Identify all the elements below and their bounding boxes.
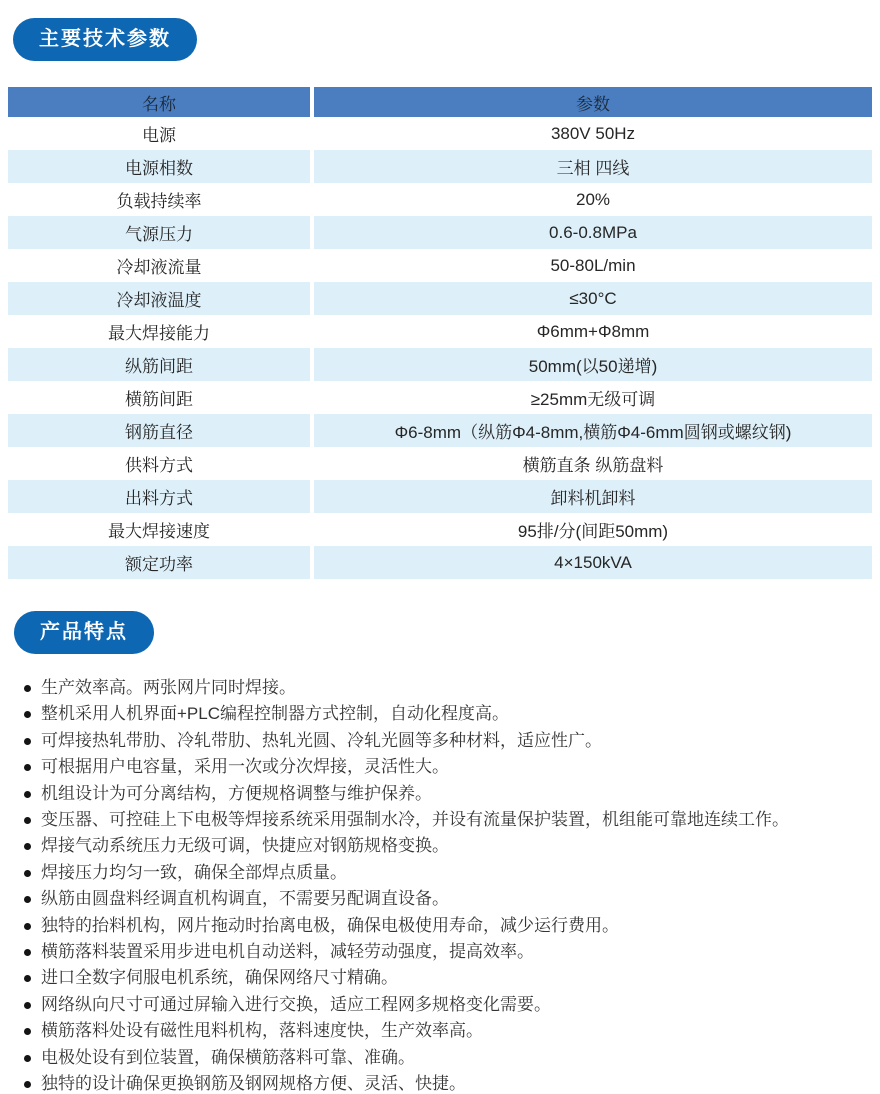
features-section-header: 产品特点 (14, 611, 880, 654)
feature-item: 整机采用人机界面+PLC编程控制器方式控制，自动化程度高。 (24, 701, 880, 727)
bullet-icon (24, 1028, 31, 1035)
feature-item: 独特的设计确保更换钢筋及钢网规格方便、灵活、快捷。 (24, 1071, 880, 1094)
param-value-cell: 50mm(以50递增) (314, 348, 872, 381)
table-row: 出料方式 卸料机卸料 (8, 480, 872, 513)
bullet-icon (24, 817, 31, 824)
param-value-cell: 4×150kVA (314, 546, 872, 579)
param-name-cell: 纵筋间距 (8, 348, 314, 381)
table-row: 气源压力 0.6-0.8MPa (8, 216, 872, 249)
bullet-icon (24, 764, 31, 771)
param-name-cell: 最大焊接能力 (8, 315, 314, 348)
feature-item: 进口全数字伺服电机系统，确保网络尺寸精确。 (24, 965, 880, 991)
table-row: 负载持续率 20% (8, 183, 872, 216)
feature-text: 进口全数字伺服电机系统，确保网络尺寸精确。 (41, 968, 398, 987)
feature-item: 焊接气动系统压力无级可调，快捷应对钢筋规格变换。 (24, 833, 880, 859)
feature-text: 独特的抬料机构，网片拖动时抬离电极，确保电极使用寿命，减少运行费用。 (41, 916, 619, 935)
feature-item: 机组设计为可分离结构，方便规格调整与维护保养。 (24, 781, 880, 807)
bullet-icon (24, 791, 31, 798)
param-value-cell: Φ6-8mm（纵筋Φ4-8mm,横筋Φ4-6mm圆钢或螺纹钢) (314, 414, 872, 447)
feature-item: 独特的抬料机构，网片拖动时抬离电极，确保电极使用寿命，减少运行费用。 (24, 913, 880, 939)
table-row: 钢筋直径 Φ6-8mm（纵筋Φ4-8mm,横筋Φ4-6mm圆钢或螺纹钢) (8, 414, 872, 447)
param-value-cell: 横筋直条 纵筋盘料 (314, 447, 872, 480)
table-row: 冷却液流量 50-80L/min (8, 249, 872, 282)
feature-text: 独特的设计确保更换钢筋及钢网规格方便、灵活、快捷。 (41, 1074, 466, 1093)
param-name-cell: 额定功率 (8, 546, 314, 579)
feature-text: 变压器、可控硅上下电极等焊接系统采用强制水冷，并设有流量保护装置，机组能可靠地连… (41, 810, 789, 829)
table-header-row: 名称 参数 (8, 87, 872, 117)
param-name-cell: 气源压力 (8, 216, 314, 249)
param-name-cell: 冷却液流量 (8, 249, 314, 282)
param-value-cell: 0.6-0.8MPa (314, 216, 872, 249)
param-name-cell: 电源相数 (8, 150, 314, 183)
tech-params-badge: 主要技术参数 (13, 18, 197, 61)
param-value-cell: 20% (314, 183, 872, 216)
bullet-icon (24, 923, 31, 930)
param-name-cell: 最大焊接速度 (8, 513, 314, 546)
bullet-icon (24, 1055, 31, 1062)
feature-item: 电极处设有到位装置，确保横筋落料可靠、准确。 (24, 1045, 880, 1071)
feature-item: 焊接压力均匀一致，确保全部焊点质量。 (24, 860, 880, 886)
table-row: 供料方式 横筋直条 纵筋盘料 (8, 447, 872, 480)
feature-item: 纵筋由圆盘料经调直机构调直，不需要另配调直设备。 (24, 886, 880, 912)
table-row: 冷却液温度 ≤30°C (8, 282, 872, 315)
bullet-icon (24, 738, 31, 745)
table-row: 纵筋间距 50mm(以50递增) (8, 348, 872, 381)
feature-text: 横筋落料处设有磁性甩料机构，落料速度快，生产效率高。 (41, 1021, 483, 1040)
feature-item: 可焊接热轧带肋、冷轧带肋、热轧光圆、冷轧光圆等多种材料，适应性广。 (24, 728, 880, 754)
features-badge: 产品特点 (14, 611, 154, 654)
tech-params-section-header: 主要技术参数 (13, 18, 880, 61)
table-row: 横筋间距 ≥25mm无级可调 (8, 381, 872, 414)
param-name-cell: 电源 (8, 117, 314, 150)
param-value-cell: Φ6mm+Φ8mm (314, 315, 872, 348)
header-param-column: 参数 (314, 87, 872, 117)
param-value-cell: ≤30°C (314, 282, 872, 315)
bullet-icon (24, 1081, 31, 1088)
table-row: 最大焊接能力 Φ6mm+Φ8mm (8, 315, 872, 348)
param-value-cell: 卸料机卸料 (314, 480, 872, 513)
feature-text: 网络纵向尺寸可通过屏输入进行交换，适应工程网多规格变化需要。 (41, 995, 551, 1014)
param-value-cell: 380V 50Hz (314, 117, 872, 150)
features-list: 生产效率高。两张网片同时焊接。 整机采用人机界面+PLC编程控制器方式控制，自动… (24, 675, 880, 1094)
bullet-icon (24, 949, 31, 956)
param-value-cell: ≥25mm无级可调 (314, 381, 872, 414)
table-row: 电源相数 三相 四线 (8, 150, 872, 183)
table-row: 额定功率 4×150kVA (8, 546, 872, 579)
param-value-cell: 三相 四线 (314, 150, 872, 183)
feature-text: 电极处设有到位装置，确保横筋落料可靠、准确。 (41, 1048, 415, 1067)
table-row: 最大焊接速度 95排/分(间距50mm) (8, 513, 872, 546)
param-name-cell: 负载持续率 (8, 183, 314, 216)
feature-text: 纵筋由圆盘料经调直机构调直，不需要另配调直设备。 (41, 889, 449, 908)
feature-text: 焊接压力均匀一致，确保全部焊点质量。 (41, 863, 347, 882)
bullet-icon (24, 896, 31, 903)
header-name-column: 名称 (8, 87, 314, 117)
feature-item: 生产效率高。两张网片同时焊接。 (24, 675, 880, 701)
feature-text: 横筋落料装置采用步进电机自动送料，减轻劳动强度，提高效率。 (41, 942, 534, 961)
param-value-cell: 95排/分(间距50mm) (314, 513, 872, 546)
param-name-cell: 横筋间距 (8, 381, 314, 414)
bullet-icon (24, 843, 31, 850)
param-name-cell: 冷却液温度 (8, 282, 314, 315)
bullet-icon (24, 685, 31, 692)
bullet-icon (24, 975, 31, 982)
feature-item: 横筋落料装置采用步进电机自动送料，减轻劳动强度，提高效率。 (24, 939, 880, 965)
table-row: 电源 380V 50Hz (8, 117, 872, 150)
param-value-cell: 50-80L/min (314, 249, 872, 282)
bullet-icon (24, 1002, 31, 1009)
feature-item: 变压器、可控硅上下电极等焊接系统采用强制水冷，并设有流量保护装置，机组能可靠地连… (24, 807, 880, 833)
param-name-cell: 钢筋直径 (8, 414, 314, 447)
feature-text: 焊接气动系统压力无级可调，快捷应对钢筋规格变换。 (41, 836, 449, 855)
param-name-cell: 供料方式 (8, 447, 314, 480)
tech-params-table: 名称 参数 电源 380V 50Hz 电源相数 三相 四线 负载持续率 20% … (8, 87, 872, 579)
feature-item: 可根据用户电容量，采用一次或分次焊接，灵活性大。 (24, 754, 880, 780)
feature-text: 可焊接热轧带肋、冷轧带肋、热轧光圆、冷轧光圆等多种材料，适应性广。 (41, 731, 602, 750)
bullet-icon (24, 870, 31, 877)
feature-text: 机组设计为可分离结构，方便规格调整与维护保养。 (41, 784, 432, 803)
feature-text: 整机采用人机界面+PLC编程控制器方式控制，自动化程度高。 (41, 704, 509, 723)
feature-item: 横筋落料处设有磁性甩料机构，落料速度快，生产效率高。 (24, 1018, 880, 1044)
feature-text: 可根据用户电容量，采用一次或分次焊接，灵活性大。 (41, 757, 449, 776)
feature-item: 网络纵向尺寸可通过屏输入进行交换，适应工程网多规格变化需要。 (24, 992, 880, 1018)
param-name-cell: 出料方式 (8, 480, 314, 513)
feature-text: 生产效率高。两张网片同时焊接。 (41, 678, 296, 697)
bullet-icon (24, 711, 31, 718)
product-spec-page: 主要技术参数 名称 参数 电源 380V 50Hz 电源相数 三相 四线 负载持… (0, 0, 880, 1094)
